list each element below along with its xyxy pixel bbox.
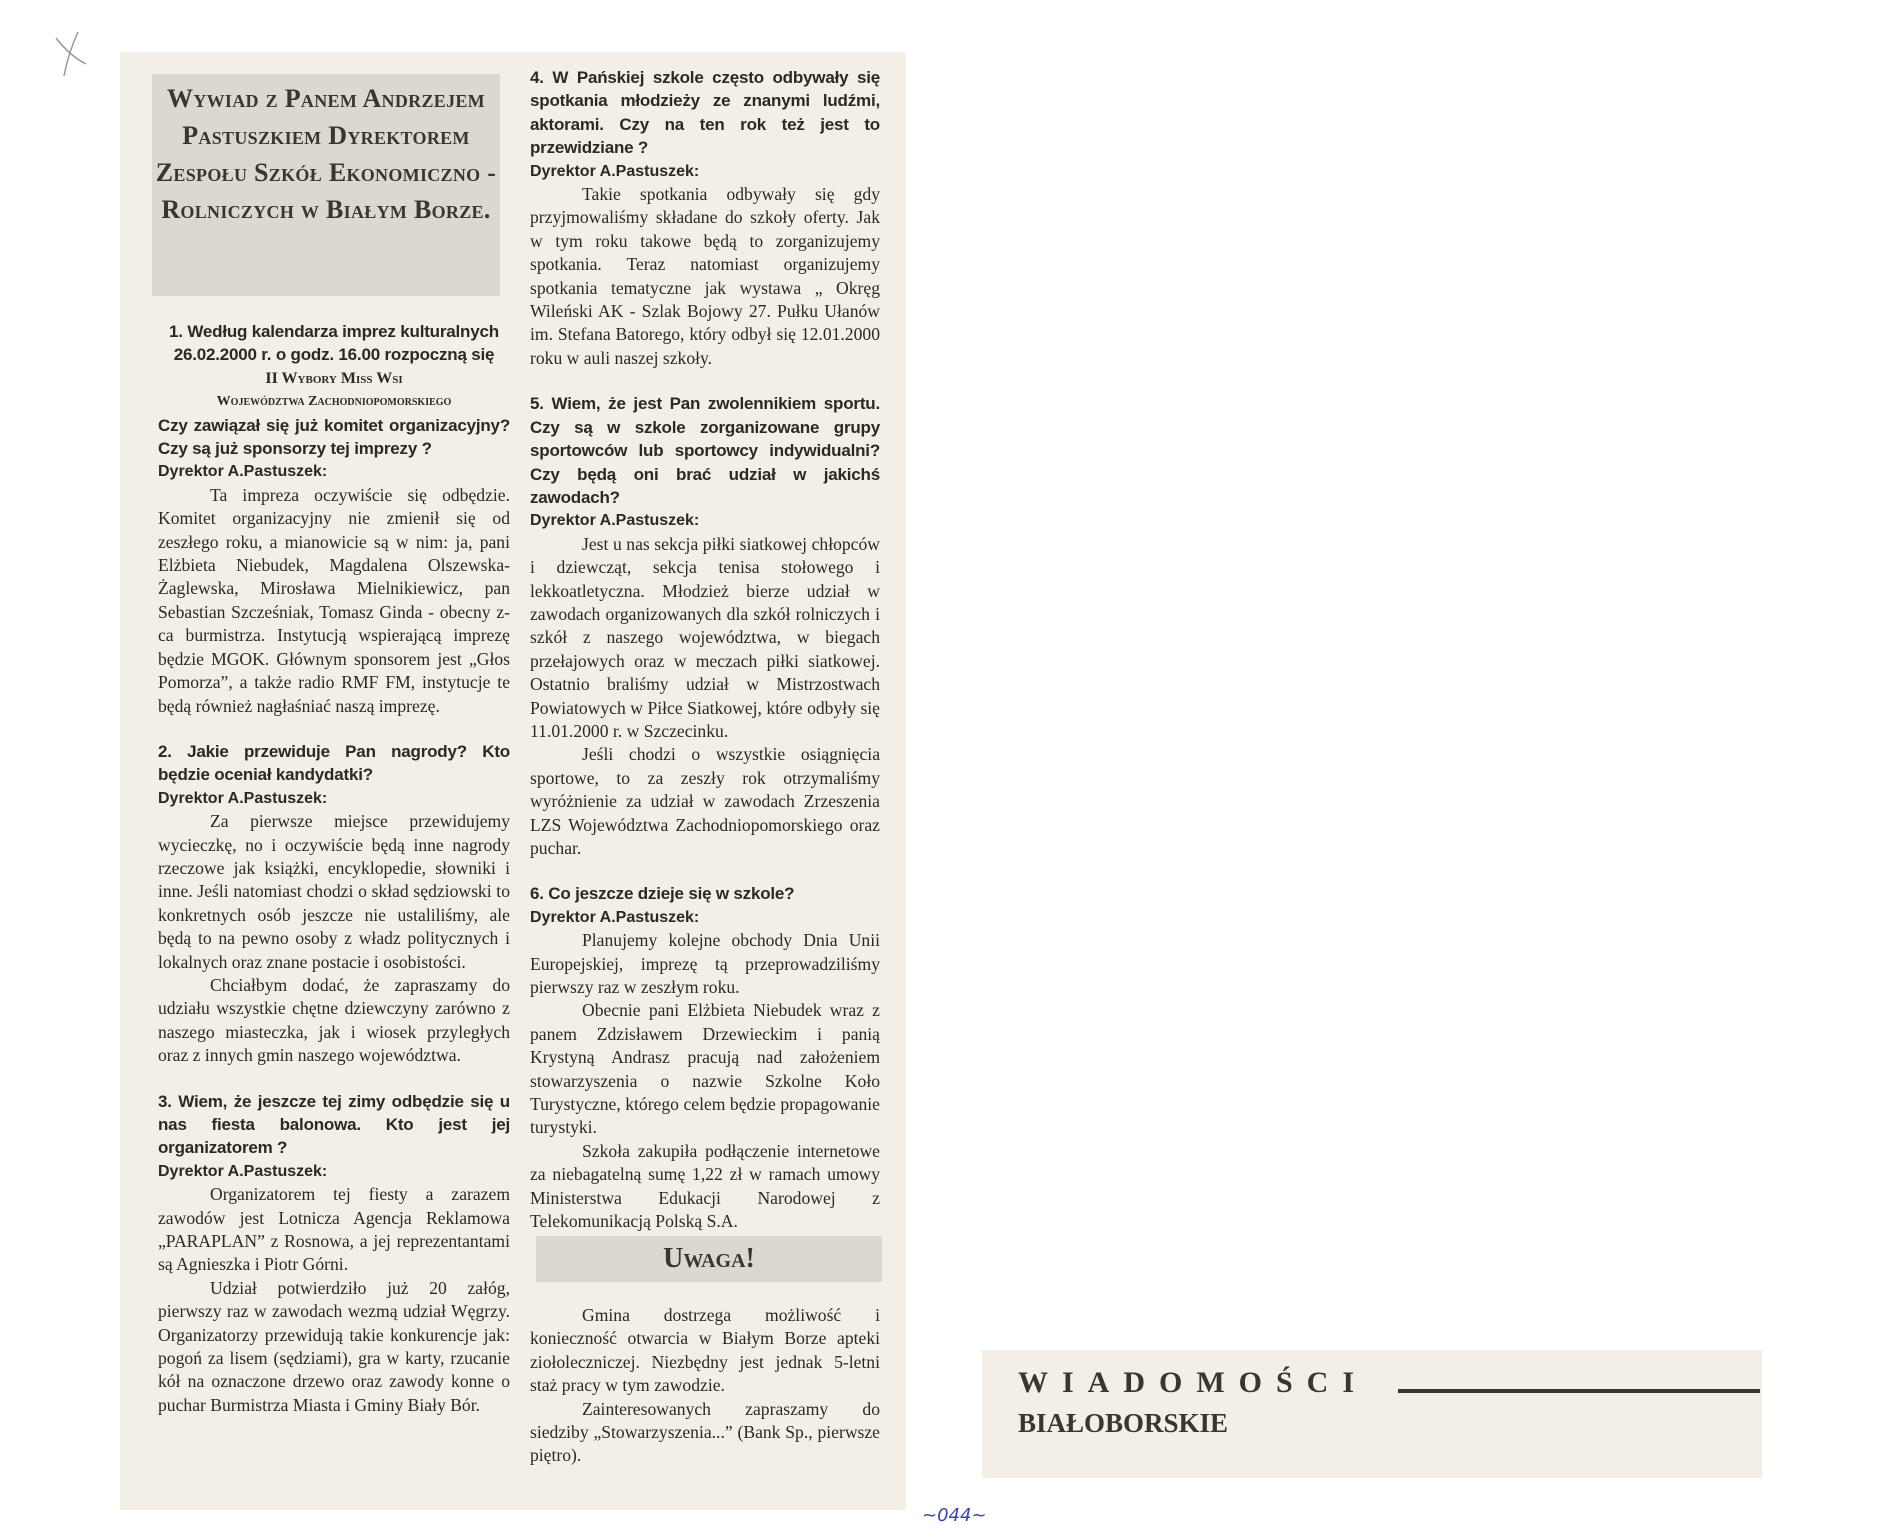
right-column: 4. W Pańskiej szkole często odbywały się…: [530, 66, 880, 1234]
speaker-label: Dyrektor A.Pastuszek:: [530, 509, 880, 532]
speaker-label: Dyrektor A.Pastuszek:: [530, 906, 880, 929]
left-column: 1. Według kalendarza imprez kulturalnych…: [158, 320, 510, 1417]
notice-p2: Zainteresowanych zapraszamy do siedziby …: [530, 1398, 880, 1468]
notice-title-box: Uwaga!: [536, 1236, 882, 1282]
article-title: Wywiad z Panem Andrzejem Pastuszkiem Dyr…: [156, 84, 496, 224]
newspaper-masthead: WIADOMOŚCI BIAŁOBORSKIE: [982, 1350, 1762, 1478]
speaker-label: Dyrektor A.Pastuszek:: [158, 1160, 510, 1183]
answer-5-p1: Jest u nas sekcja piłki siatkowej chłopc…: [530, 533, 880, 744]
handwritten-page-number: ~044~: [922, 1505, 987, 1525]
answer-3-p1: Organizatorem tej fiesty a zarazem zawod…: [158, 1183, 510, 1277]
notice-p1: Gmina dostrzega możliwość i konieczność …: [530, 1304, 880, 1398]
answer-2-p2: Chciałbym dodać, że zapraszamy do udział…: [158, 974, 510, 1068]
event-name-line2: Województwa Zachodniopomorskiego: [158, 390, 510, 413]
notice-title: Uwaga!: [663, 1243, 755, 1274]
answer-6-p2: Obecnie pani Elżbieta Niebudek wraz z pa…: [530, 999, 880, 1139]
answer-2-p1: Za pierwsze miejsce przewidujemy wyciecz…: [158, 810, 510, 974]
notice-body: Gmina dostrzega możliwość i konieczność …: [530, 1304, 880, 1468]
question-5: 5. Wiem, że jest Pan zwolennikiem sportu…: [530, 392, 880, 509]
answer-5-p2: Jeśli chodzi o wszystkie osiągnięcia spo…: [530, 743, 880, 860]
answer-4-p1: Takie spotkania odbywały się gdy przyjmo…: [530, 183, 880, 370]
masthead-rule: [1398, 1389, 1760, 1393]
question-1: 1. Według kalendarza imprez kulturalnych…: [158, 320, 510, 367]
question-6: 6. Co jeszcze dzieje się w szkole?: [530, 882, 880, 905]
speaker-label: Dyrektor A.Pastuszek:: [158, 787, 510, 810]
newspaper-clipping: Wywiad z Panem Andrzejem Pastuszkiem Dyr…: [120, 52, 906, 1510]
speaker-label: Dyrektor A.Pastuszek:: [530, 160, 880, 183]
question-3: 3. Wiem, że jeszcze tej zimy odbędzie si…: [158, 1090, 510, 1160]
event-name-line1: II Wybory Miss Wsi: [158, 367, 510, 390]
answer-6-p1: Planujemy kolejne obchody Dnia Unii Euro…: [530, 929, 880, 999]
question-4: 4. W Pańskiej szkole często odbywały się…: [530, 66, 880, 160]
article-title-box: Wywiad z Panem Andrzejem Pastuszkiem Dyr…: [152, 74, 500, 296]
answer-1-p1: Ta impreza oczywiście się odbędzie. Komi…: [158, 484, 510, 718]
question-2: 2. Jakie przewiduje Pan nagrody? Kto będ…: [158, 740, 510, 787]
pencil-x-mark: [48, 30, 88, 80]
masthead-title: WIADOMOŚCI: [1018, 1366, 1368, 1400]
answer-3-p2: Udział potwierdziło już 20 załóg, pierws…: [158, 1277, 510, 1417]
question-1-cont: Czy zawiązał się już komitet organizacyj…: [158, 414, 510, 461]
masthead-subtitle: BIAŁOBORSKIE: [1018, 1408, 1228, 1439]
speaker-label: Dyrektor A.Pastuszek:: [158, 460, 510, 483]
answer-6-p3: Szkoła zakupiła podłączenie internetowe …: [530, 1140, 880, 1234]
